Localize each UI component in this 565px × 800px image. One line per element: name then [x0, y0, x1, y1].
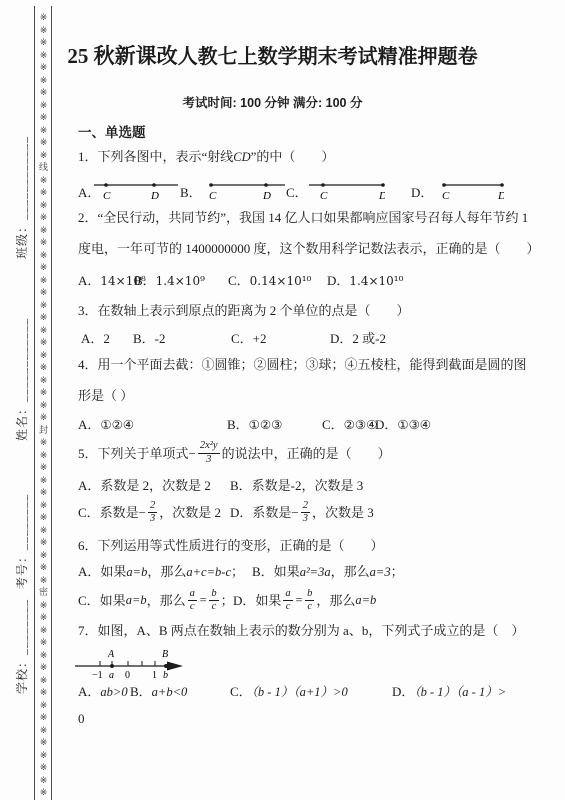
question-7-text: 7．如图，A、B 两点在数轴上表示的数分别为 a、b，下列式子成立的是（ ） [78, 622, 524, 639]
monomial-fraction: 2x²y3 [198, 440, 220, 465]
exam-paper-page: ※ ※ ※ ※ ※ ※ ※ ※ ※ ※ ※ ※ 线 ※ ※ ※ ※ ※ ※ ※ … [0, 0, 565, 800]
ray-cd-diagram-b: C D [209, 176, 285, 204]
option-b: B．系数是-2，次数是 3 [230, 477, 363, 494]
svg-text:D: D [262, 190, 271, 202]
svg-text:C: C [442, 190, 450, 202]
option-d: D．1.4×10¹⁰ [327, 272, 403, 290]
question-5-options-cd: C．系数是−23，次数是 2 D．系数是−23，次数是 3 [78, 500, 515, 526]
option-d: D．（b - 1）（a - 1）> [392, 683, 506, 701]
svg-text:D: D [150, 190, 159, 202]
option-a: A．如果a=b，那么a+c=b-c； [78, 563, 244, 581]
option-b: B．-2 [133, 330, 166, 347]
svg-text:−1: −1 [92, 670, 103, 681]
option-b: B．如果a²=3a，那么a=3； [252, 563, 404, 581]
option-d: D．①③④ [375, 416, 431, 433]
option-b-label: B． [180, 184, 202, 201]
seal-line-column: ※ ※ ※ ※ ※ ※ ※ ※ ※ ※ ※ ※ 线 ※ ※ ※ ※ ※ ※ ※ … [35, 12, 52, 800]
option-b: B．1.4×10⁹ [134, 272, 205, 290]
option-c: C．0.14×10¹⁰ [228, 272, 311, 290]
option-a: A．2 [81, 330, 110, 347]
question-3-text: 3．在数轴上表示到原点的距离为 2 个单位的点是（ ） [78, 302, 410, 319]
option-c: C．②③④ [322, 416, 377, 433]
option-b: B．①②③ [227, 416, 282, 433]
question-2-line2: 度电，一年可节的 1400000000 度，这个数用科学记数法表示，正确的是（ … [78, 240, 540, 257]
segment-cd-diagram-d: C D [442, 176, 504, 204]
option-d-label: D． [411, 184, 433, 201]
svg-text:A: A [107, 649, 115, 660]
option-a: A．①②④ [78, 416, 134, 433]
number-line-diagram: A B −1 a 0 1 b [75, 645, 203, 683]
svg-text:b: b [163, 670, 168, 681]
svg-text:D: D [497, 190, 504, 202]
option-b: B．a+b<0 [130, 683, 187, 701]
option-c: C．如果a=b，那么ac=bc； [78, 588, 234, 613]
section-heading: 一、单选题 [78, 124, 146, 141]
option-d: D．系数是−23，次数是 3 [230, 500, 374, 525]
title-prefix: 25 秋新课改 [67, 44, 177, 68]
option-d: D．2 或-2 [330, 330, 386, 347]
option-a: A．ab>0 [78, 683, 128, 701]
line-cd-diagram-a: C D [94, 176, 178, 204]
question-4-line1: 4．用一个平面去截：①圆锥；②圆柱；③球；④五棱柱，能得到截面是圆的图 [78, 356, 527, 373]
option-d: D．如果ac=bc，那么a=b [233, 588, 376, 613]
question-6-text: 6．下列运用等式性质进行的变形，正确的是（ ） [78, 537, 384, 554]
svg-text:1: 1 [152, 670, 157, 681]
option-a: A．系数是 2，次数是 2 [78, 477, 211, 494]
option-c: C．系数是−23，次数是 2 [78, 500, 221, 525]
option-c: C．（b - 1）（a+1）>0 [230, 683, 348, 701]
question-2-line1: 2．“全民行动，共同节约”，我国 14 亿人口如果都响应国家号召每人每年节约 1 [78, 209, 528, 226]
page-title: 25 秋新课改人教七上数学期末考试精准押题卷 [54, 48, 491, 66]
svg-text:B: B [162, 649, 168, 660]
question-7-option-d-wrap: 0 [78, 710, 85, 727]
question-1-options: A． C D B． C D C． C D D． [78, 176, 515, 204]
svg-text:0: 0 [125, 670, 130, 681]
ray-dc-diagram-c: C D [309, 176, 385, 204]
question-6-options-cd: C．如果a=b，那么ac=bc； D．如果ac=bc，那么a=b [78, 588, 515, 614]
option-c: C．+2 [231, 330, 267, 347]
svg-text:C: C [103, 190, 111, 202]
exam-time-score: 考试时间: 100 分钟 满分: 100 分 [54, 95, 491, 112]
class-field-label: 班级：____________ [13, 89, 29, 259]
question-1-text: 1．下列各图中，表示“射线CD”的中（ ） [78, 148, 334, 166]
svg-text:C: C [320, 190, 328, 202]
question-4-line2: 形是（ ） [78, 387, 133, 404]
option-c-label: C． [286, 184, 308, 201]
ray-cd-math: CD [233, 150, 250, 164]
title-main: 人教七上数学期末考试精准押题卷 [178, 46, 478, 68]
exam-content: 25 秋新课改人教七上数学期末考试精准押题卷 考试时间: 100 分钟 满分: … [78, 0, 515, 800]
school-field-label: 学校：________ [13, 524, 29, 694]
name-field-label: 姓名：____________ [13, 271, 29, 441]
svg-text:C: C [209, 190, 217, 202]
question-5-text: 5．下列关于单项式− 2x²y3 的说法中，正确的是（ ） [78, 440, 391, 466]
svg-text:D: D [378, 190, 385, 202]
svg-text:a: a [109, 670, 114, 681]
